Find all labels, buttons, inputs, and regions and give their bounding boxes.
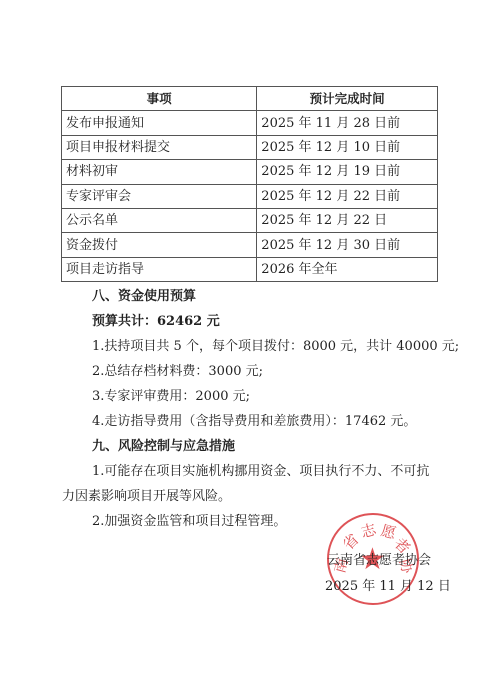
row-time: 2025 年 12 月 22 日前 xyxy=(257,184,438,208)
table-row: 项目走访指导 2026 年全年 xyxy=(62,257,438,281)
row-time: 2026 年全年 xyxy=(257,257,438,281)
row-item: 项目申报材料提交 xyxy=(62,135,257,159)
table-row: 资金拨付 2025 年 12 月 30 日前 xyxy=(62,233,438,257)
row-item: 专家评审会 xyxy=(62,184,257,208)
section9-heading: 九、风险控制与应急措施 xyxy=(92,435,235,454)
budget-item-2: 2.总结存档材料费：3000 元; xyxy=(92,360,263,379)
schedule-table: 事项 预计完成时间 发布申报通知 2025 年 11 月 28 日前 项目申报材… xyxy=(61,86,438,282)
risk-item-1-line1: 1.可能存在项目实施机构挪用资金、项目执行不力、不可抗 xyxy=(92,460,429,479)
table-row: 发布申报通知 2025 年 11 月 28 日前 xyxy=(62,111,438,135)
header-time: 预计完成时间 xyxy=(257,87,438,111)
row-item: 资金拨付 xyxy=(62,233,257,257)
table-row: 项目申报材料提交 2025 年 12 月 10 日前 xyxy=(62,135,438,159)
budget-item-1: 1.扶持项目共 5 个，每个项目拨付：8000 元，共计 40000 元; xyxy=(92,335,459,354)
risk-item-2: 2.加强资金监管和项目过程管理。 xyxy=(92,510,286,529)
row-item: 公示名单 xyxy=(62,208,257,232)
row-time: 2025 年 11 月 28 日前 xyxy=(257,111,438,135)
row-time: 2025 年 12 月 22 日 xyxy=(257,208,438,232)
risk-item-1-line2: 力因素影响项目开展等风险。 xyxy=(62,485,231,504)
document-page: 事项 预计完成时间 发布申报通知 2025 年 11 月 28 日前 项目申报材… xyxy=(0,0,495,700)
table-row: 公示名单 2025 年 12 月 22 日 xyxy=(62,208,438,232)
budget-item-3: 3.专家评审费用：2000 元; xyxy=(92,385,250,404)
row-time: 2025 年 12 月 19 日前 xyxy=(257,160,438,184)
table-header-row: 事项 预计完成时间 xyxy=(62,87,438,111)
section8-heading: 八、资金使用预算 xyxy=(92,285,196,304)
table-row: 材料初审 2025 年 12 月 19 日前 xyxy=(62,160,438,184)
row-item: 发布申报通知 xyxy=(62,111,257,135)
row-item: 项目走访指导 xyxy=(62,257,257,281)
budget-item-4: 4.走访指导费用（含指导费用和差旅费用）：17462 元。 xyxy=(92,410,416,429)
row-item: 材料初审 xyxy=(62,160,257,184)
table-row: 专家评审会 2025 年 12 月 22 日前 xyxy=(62,184,438,208)
signature-org: 云南省志愿者协会 xyxy=(327,549,431,568)
row-time: 2025 年 12 月 10 日前 xyxy=(257,135,438,159)
seal-char: 志 xyxy=(359,518,379,542)
signature-date: 2025 年 11 月 12 日 xyxy=(325,575,451,594)
row-time: 2025 年 12 月 30 日前 xyxy=(257,233,438,257)
budget-total: 预算共计：62462 元 xyxy=(92,310,220,329)
header-item: 事项 xyxy=(62,87,257,111)
